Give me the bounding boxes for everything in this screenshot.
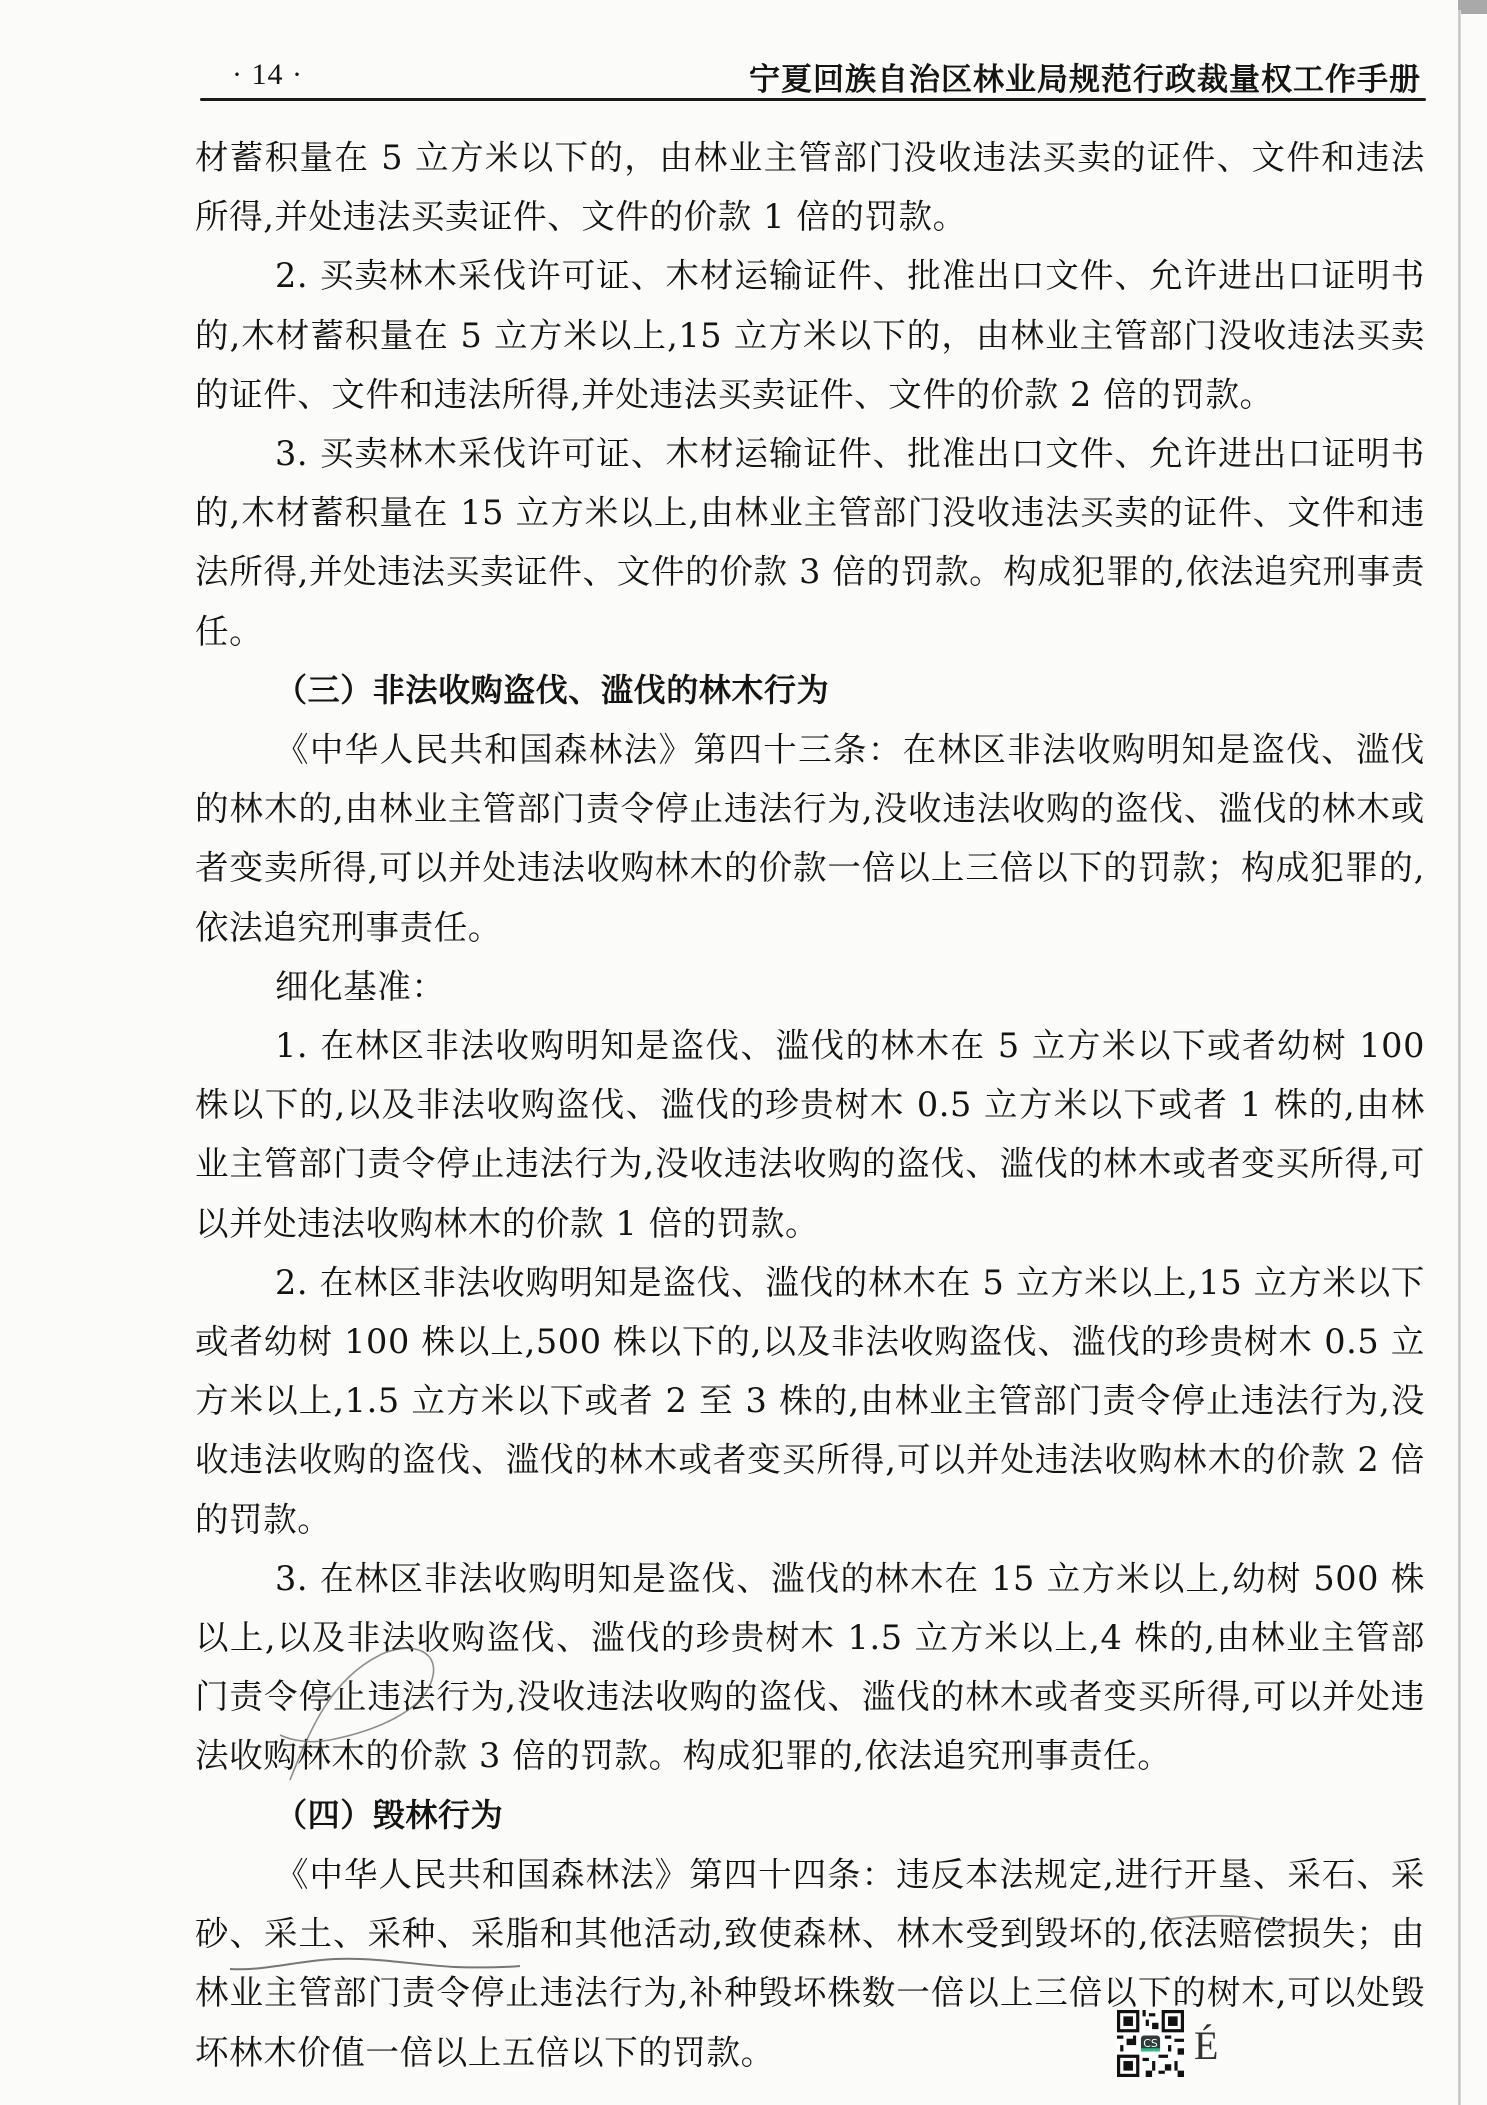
paragraph-criteria-1: 1. 在林区非法收购明知是盗伐、滥伐的林木在 5 立方米以下或者幼树 100 株… xyxy=(195,1016,1425,1253)
paragraph-criteria-label: 细化基准： xyxy=(195,957,1425,1016)
page-edge xyxy=(1458,10,1461,2105)
paragraph-item-2: 2. 买卖林木采伐许可证、木材运输证件、批准出口文件、允许进出口证明书的,木材蓄… xyxy=(195,246,1425,424)
paragraph-criteria-2: 2. 在林区非法收购明知是盗伐、滥伐的林木在 5 立方米以上,15 立方米以下或… xyxy=(195,1253,1425,1549)
section-heading-3: （三）非法收购盗伐、滥伐的林木行为 xyxy=(195,661,1425,720)
qr-code-icon: CS xyxy=(1117,2010,1184,2077)
running-head: · 14 · 宁夏回族自治区林业局规范行政裁量权工作手册 xyxy=(200,52,1425,98)
page-number: · 14 · xyxy=(232,58,303,92)
paragraph-article-44: 《中华人民共和国森林法》第四十四条：违反本法规定,进行开垦、采石、采砂、采土、采… xyxy=(195,1845,1425,2082)
paragraph-item-3: 3. 买卖林木采伐许可证、木材运输证件、批准出口文件、允许进出口证明书的,木材蓄… xyxy=(195,424,1425,661)
svg-text:CS: CS xyxy=(1143,2037,1158,2050)
book-title: 宁夏回族自治区林业局规范行政裁量权工作手册 xyxy=(749,54,1421,99)
paragraph-continuation: 材蓄积量在 5 立方米以下的，由林业主管部门没收违法买卖的证件、文件和违法所得,… xyxy=(195,128,1425,246)
header-rule xyxy=(200,98,1426,101)
qr-code: CS xyxy=(1117,2010,1184,2077)
body-text: 材蓄积量在 5 立方米以下的，由林业主管部门没收违法买卖的证件、文件和违法所得,… xyxy=(195,128,1425,2082)
paragraph-criteria-3: 3. 在林区非法收购明知是盗伐、滥伐的林木在 15 立方米以上,幼树 500 株… xyxy=(195,1549,1425,1786)
section-heading-4: （四）毁林行为 xyxy=(195,1786,1425,1845)
scanner-mark: É xyxy=(1194,2022,1218,2069)
paragraph-article-43: 《中华人民共和国森林法》第四十三条：在林区非法收购明知是盗伐、滥伐的林木的,由林… xyxy=(195,720,1425,957)
page-edge-shadow xyxy=(1458,0,1487,14)
